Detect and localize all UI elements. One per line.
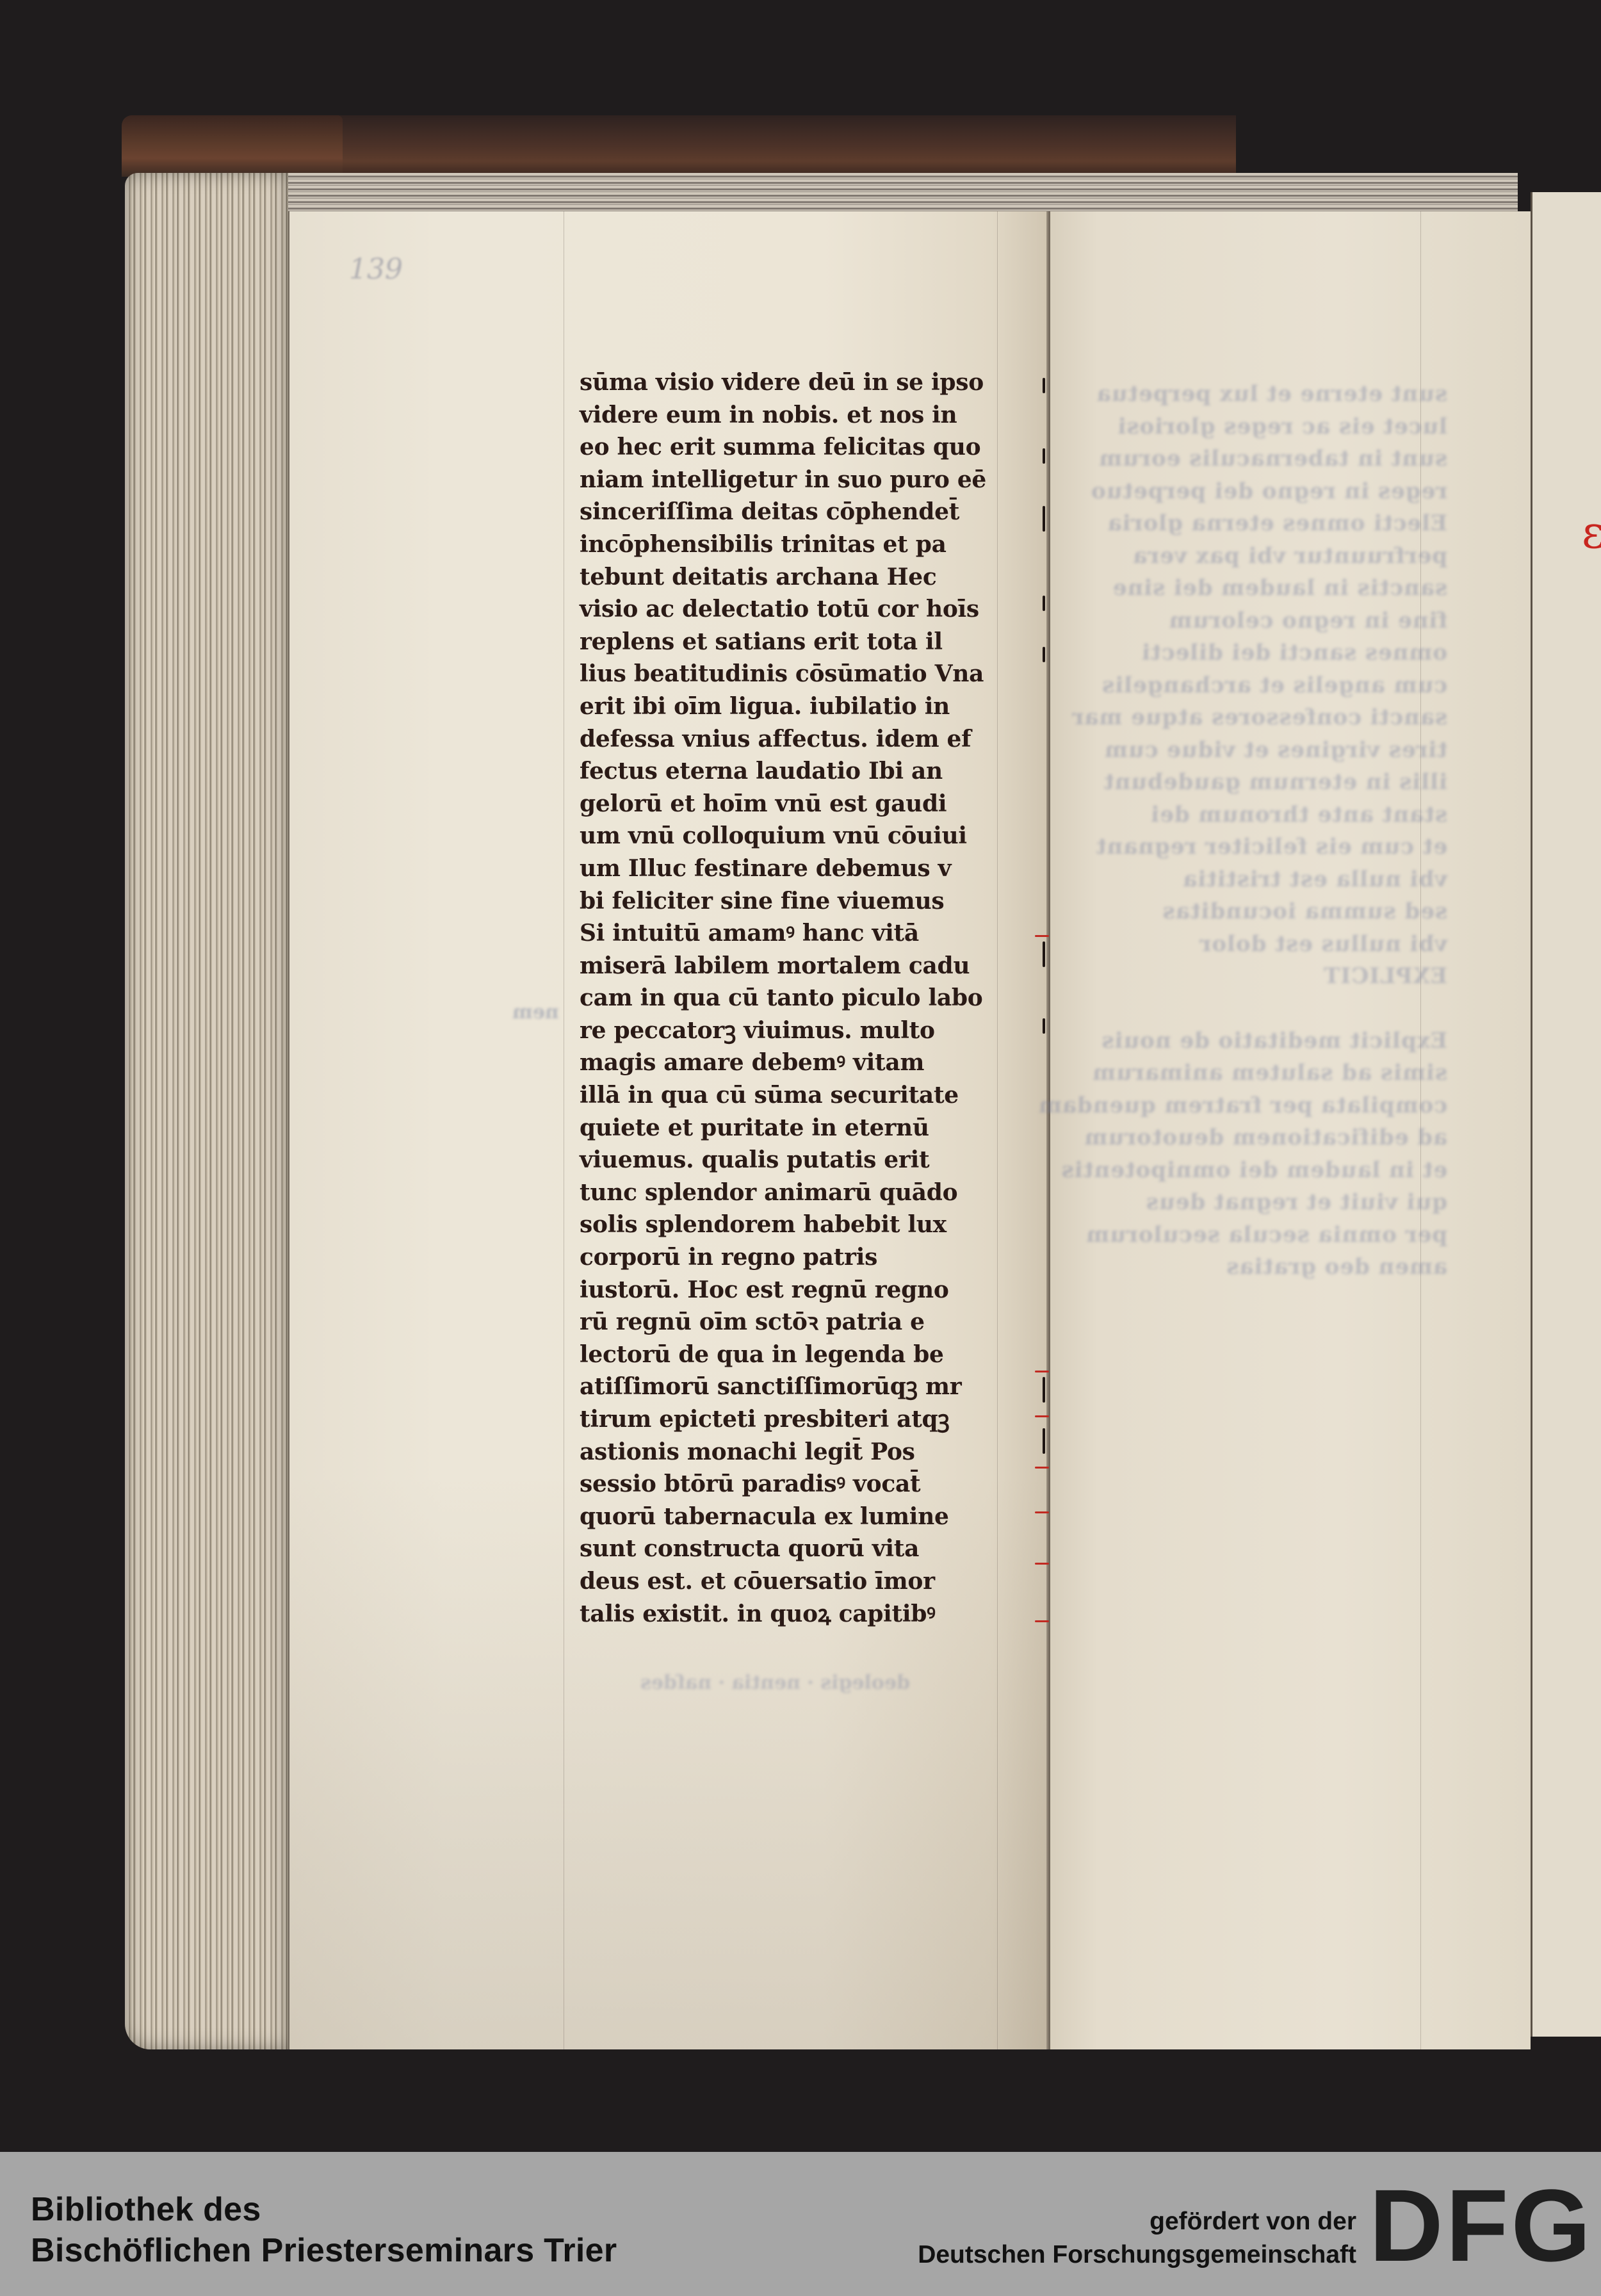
text-line: tunc splendor animarū quādo [580, 1176, 989, 1209]
text-line: um vnū colloquium vnū cōuiui [580, 820, 989, 852]
text-line: cam in qua cū tanto piculo labo [580, 982, 989, 1014]
book-binding-corner [122, 115, 343, 177]
text-line: Si intuitū amamꝰ hanc vitā [580, 917, 989, 950]
text-line: miserā labilem mortalem cadu [580, 950, 989, 982]
text-line: re peccatorꝫ viuimus. multo [580, 1014, 989, 1047]
text-line: incōphensibilis trinitas et pa [580, 528, 989, 561]
text-line: sessio btōrū paradisꝰ vocat̄ [580, 1468, 989, 1501]
manuscript-text-column: sūma visio videre deū in se ipso videre … [580, 366, 989, 1630]
text-line: visio ac delectatio totū cor hoīs [580, 593, 989, 626]
text-line: atiſſimorū sanctiſſimorūqꝫ mr [580, 1371, 989, 1403]
text-line: sinceriſſima deitas cōphendet̄ [580, 496, 989, 528]
text-line: rū regnū oīm sctōꝛ patria e [580, 1306, 989, 1339]
text-line: niam intelligetur in suo puro eē [580, 464, 989, 496]
dfg-logo: D F G [1369, 2187, 1588, 2264]
margin-bleed-through: nem [512, 1001, 559, 1023]
text-line: quorū tabernacula ex lumine [580, 1501, 989, 1533]
library-name-line1: Bibliothek des [31, 2189, 617, 2230]
text-line: erit ibi oīm ligua. iubilatio in [580, 690, 989, 723]
text-line: tirum epicteti presbiteri atqꝫ [580, 1403, 989, 1436]
text-line: sūma visio videre deū in se ipso [580, 366, 989, 399]
text-line: sunt constructa quorū vita [580, 1533, 989, 1565]
text-line: solis splendorem habebit lux [580, 1209, 989, 1241]
book-binding-top [301, 115, 1236, 177]
funding-line1: gefördert von der [918, 2205, 1356, 2238]
funding-credit: gefördert von der Deutschen Forschungsge… [918, 2205, 1356, 2272]
text-line: replens et satians erit tota il [580, 626, 989, 658]
dfg-logo-letter-g: G [1511, 2187, 1588, 2264]
library-name: Bibliothek des Bischöflichen Priestersem… [31, 2189, 617, 2271]
ruling-line [564, 211, 564, 2049]
text-line: gelorū et hoīm vnū est gaudi [580, 788, 989, 820]
library-name-line2: Bischöflichen Priesterseminars Trier [31, 2230, 617, 2271]
text-line: um Illuc festinare debemus v [580, 852, 989, 885]
text-line: bi feliciter sine fine viuemus [580, 885, 989, 918]
text-line: talis existit. in quoꝝ capitibꝰ [580, 1598, 989, 1631]
text-line: quiete et puritate in eternū [580, 1112, 989, 1144]
text-line: defessa vnius affectus. idem ef [580, 723, 989, 756]
page-stack-fore-edge [125, 173, 288, 2049]
rubric-initial-next-page: ɛ [1582, 506, 1601, 558]
text-line: viuemus. qualis putatis erit [580, 1144, 989, 1176]
text-line: eo hec erit summa felicitas quo [580, 431, 989, 464]
text-line: iustorū. Hoc est regnū regno [580, 1274, 989, 1307]
dfg-logo-letter-f: F [1446, 2187, 1506, 2264]
folio-number: 139 [349, 253, 403, 286]
text-line: lius beatitudinis cōsūmatio Vna [580, 658, 989, 690]
bottom-bleed-through: deolegis · nentia · naſdes [640, 1672, 910, 1694]
ruling-line [997, 211, 998, 2049]
text-line: videre eum in nobis. et nos in [580, 399, 989, 432]
text-line: tebunt deitatis archana Hec [580, 561, 989, 594]
text-line: illā in qua cū sūma securitate [580, 1079, 989, 1112]
text-line: magis amare debemꝰ vitam [580, 1046, 989, 1079]
next-page-edge [1531, 192, 1601, 2037]
manuscript-scan: ɛ 139 nem deolegis · nentia · naſdes sun… [0, 0, 1601, 2152]
dfg-logo-letter-d: D [1369, 2187, 1441, 2264]
text-line: corporū in regno patris [580, 1241, 989, 1274]
text-line: fectus eterna laudatio Ibi an [580, 755, 989, 788]
right-page-margin-marks [1037, 378, 1057, 1633]
library-footer: Bibliothek des Bischöflichen Priestersem… [0, 2152, 1601, 2296]
text-line: lectorū de qua in legenda be [580, 1339, 989, 1371]
text-line: astionis monachi legit̄ Pos [580, 1436, 989, 1469]
text-line: deus est. et cōuersatio īmor [580, 1565, 989, 1598]
funding-line2: Deutschen Forschungsgemeinschaft [918, 2238, 1356, 2272]
right-page-bleed-through: sunt eterne et lux perpetua lucet eis ac… [1063, 378, 1447, 1283]
